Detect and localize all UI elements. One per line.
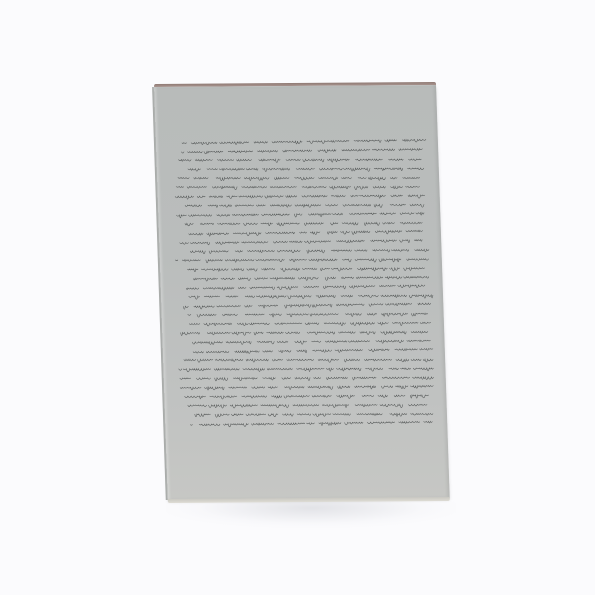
handwritten-manuscript [168, 131, 440, 433]
book [154, 82, 450, 500]
book-back-cover [154, 85, 450, 500]
handwriting-lines [168, 131, 440, 433]
